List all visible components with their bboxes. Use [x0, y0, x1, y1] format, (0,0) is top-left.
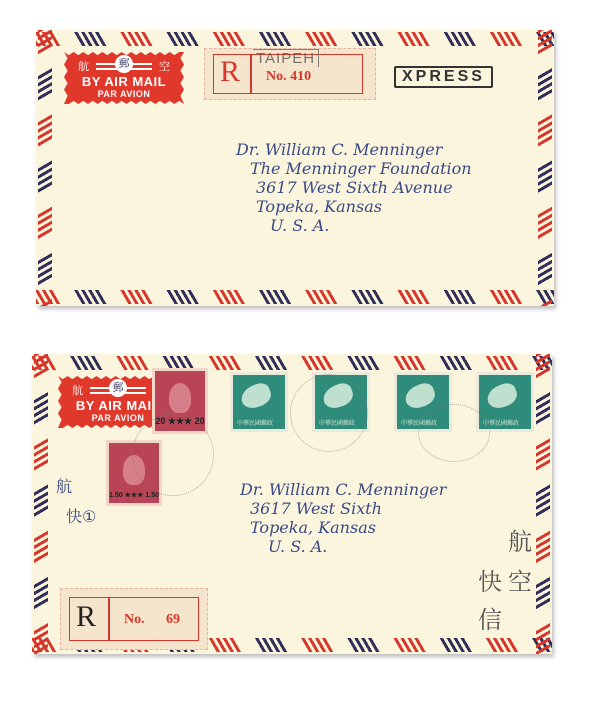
bird-icon — [238, 381, 274, 412]
airmail-border-left — [34, 354, 48, 654]
margin-note-1: 航 — [56, 474, 72, 497]
recipient-address: Dr. William C. Menninger The Menninger F… — [236, 140, 472, 235]
postmark-icon — [418, 404, 490, 462]
express-stamp: XPRESS — [394, 66, 493, 88]
address-line: The Menninger Foundation — [236, 159, 472, 178]
envelope-top: 航 郵 空 BY AIR MAIL PAR AVION R No. 410 TA… — [36, 30, 554, 306]
envelope-bottom: 航 郵 空 BY AIR MAIL PAR AVION 20 ★★★ 20 1.… — [32, 354, 552, 654]
stamp-caption: 中華民國郵政 — [237, 418, 281, 427]
address-line: Topeka, Kansas — [236, 197, 472, 216]
airmail-cn-left: 航 — [72, 382, 83, 398]
address-line: 3617 West Sixth Avenue — [236, 178, 472, 197]
airmail-border-top — [32, 356, 552, 370]
emblem-icon: 郵 — [115, 55, 133, 73]
airmail-border-right — [536, 354, 550, 654]
recipient-address: Dr. William C. Menninger 3617 West Sixth… — [240, 480, 446, 556]
bird-icon — [484, 381, 520, 412]
address-line: U. S. A. — [236, 216, 472, 235]
chinese-stamp-char: 航 — [508, 522, 532, 557]
emblem-icon: 郵 — [109, 379, 127, 397]
registration-letter: R — [76, 600, 96, 634]
airmail-cn-left: 航 — [78, 58, 89, 74]
airmail-border-bottom — [36, 290, 554, 304]
stamp-value: 1.50 ★★★ 1.50 — [109, 491, 159, 499]
registration-number: 69 — [166, 612, 180, 628]
airmail-border-left — [38, 30, 52, 306]
chinese-stamp-char: 空 — [508, 562, 532, 597]
stamp-caption: 中華民國郵政 — [483, 418, 527, 427]
address-line: Topeka, Kansas — [240, 518, 446, 537]
bird-icon — [402, 381, 438, 412]
address-line: 3617 West Sixth — [240, 499, 446, 518]
registration-number: No. 410 — [266, 69, 311, 85]
address-line: Dr. William C. Menninger — [236, 140, 472, 159]
registration-no-label: No. — [124, 612, 145, 628]
margin-note-2: 快① — [66, 504, 96, 527]
airmail-label: 航 郵 空 BY AIR MAIL PAR AVION — [64, 52, 184, 104]
chinese-stamp-char: 快 — [478, 562, 502, 597]
postmark-icon — [290, 374, 368, 452]
portrait-icon — [169, 383, 191, 413]
chinese-stamp-char: 信 — [478, 600, 502, 635]
stamp-green-1: 中華民國郵政 — [230, 372, 288, 432]
airmail-main-text: BY AIR MAIL — [64, 75, 184, 89]
airmail-sub-text: PAR AVION — [64, 89, 184, 100]
airmail-border-top — [36, 32, 554, 46]
postmark-icon — [132, 414, 214, 496]
airmail-border-right — [538, 30, 552, 306]
address-line: Dr. William C. Menninger — [240, 480, 446, 499]
address-line: U. S. A. — [240, 537, 446, 556]
registration-letter: R — [220, 55, 240, 89]
registration-label: R No. 69 — [60, 588, 208, 650]
registration-label: R No. 410 TAIPEH — [204, 48, 376, 100]
taipei-postmark: TAIPEH — [253, 49, 319, 67]
airmail-cn-right: 空 — [159, 58, 170, 74]
